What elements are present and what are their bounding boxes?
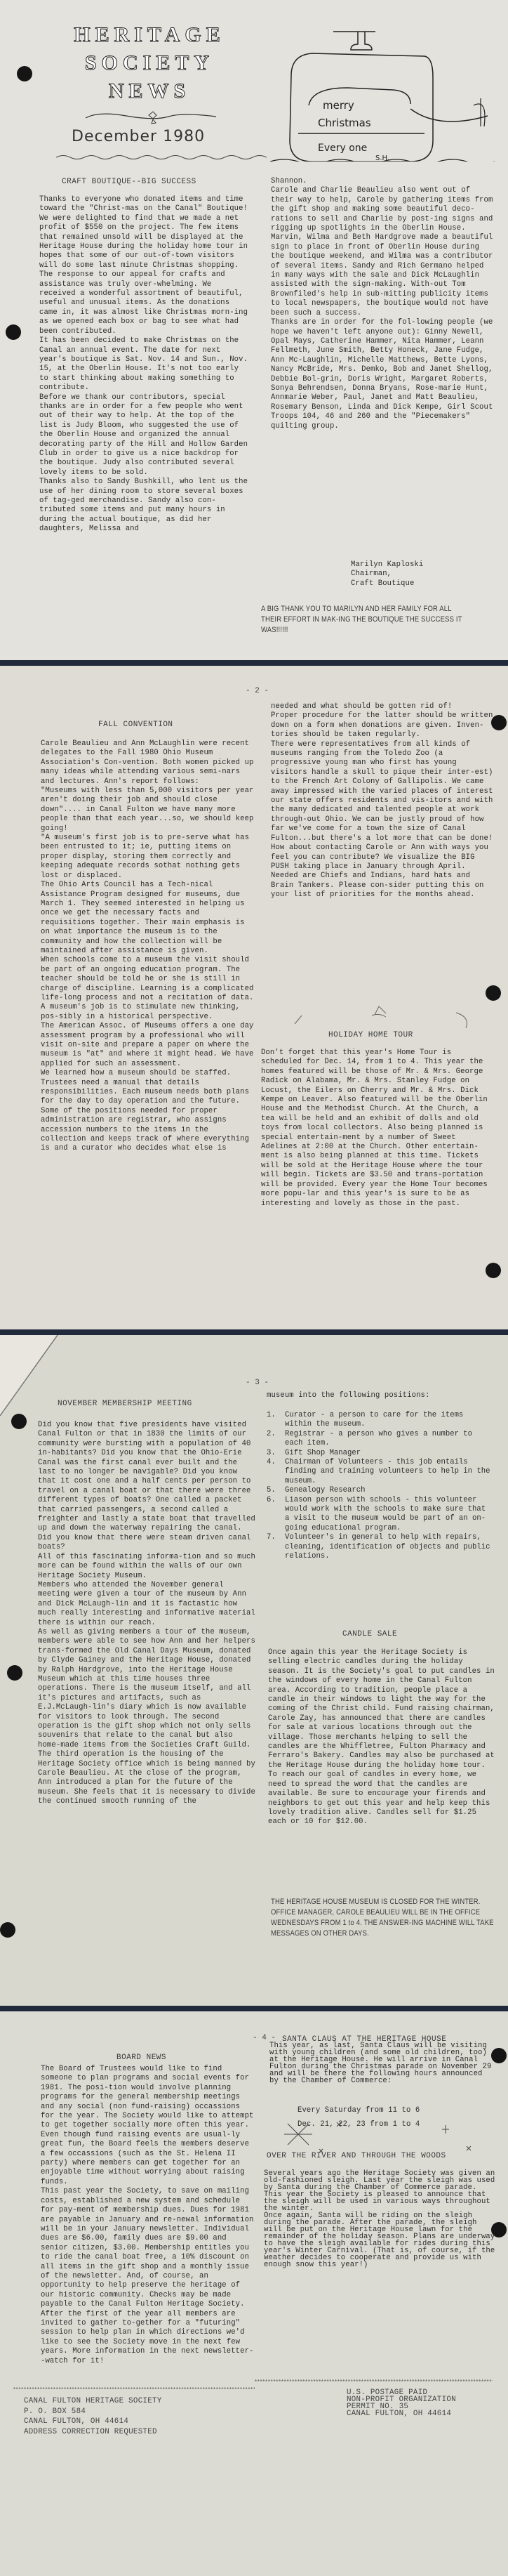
punch-hole [0, 1922, 15, 1938]
folded-corner-icon [0, 1335, 63, 1419]
page-number: - 3 - [246, 1379, 269, 1387]
position-item: 6.Liason person with schools - this volu… [267, 1496, 491, 1534]
page-number: - 2 - [246, 687, 269, 695]
board-news-heading: BOARD NEWS [116, 2053, 166, 2062]
punch-hole [6, 324, 21, 340]
divider-stars-left: ****************************************… [13, 2387, 255, 2393]
home-tour-text: Don't forget that this year's Home Tour … [261, 1049, 493, 1209]
postage-indicia: U.S. POSTAGE PAID NON-PROFIT ORGANIZATIO… [347, 2389, 501, 2417]
position-item: 4.Chairman of Volunteers - this job enta… [267, 1458, 491, 1486]
punch-hole [486, 985, 501, 1001]
position-item: 2.Registrar - a person who gives a numbe… [267, 1430, 491, 1449]
boutique-left-column: Thanks to everyone who donated items and… [39, 195, 250, 534]
museum-closed-notice: THE HERITAGE HOUSE MUSEUM IS CLOSED FOR … [271, 1897, 494, 1939]
issue-date: December 1980 [72, 128, 205, 145]
illustration-text-merry: merry [323, 99, 354, 112]
page-separator [0, 1329, 508, 1335]
masthead-title: HERITAGE SOCIETY NEWS [62, 21, 237, 105]
santa-text: This year, as last, Santa Claus will be … [269, 2042, 495, 2084]
holly-flourish-icon [84, 111, 218, 125]
position-item: 5.Genealogy Research [267, 1486, 491, 1495]
thank-you-notice: A BIG THANK YOU TO MARILYN AND HER FAMIL… [261, 604, 472, 636]
holly-sprig-doodle-icon [274, 1003, 484, 1031]
boutique-heading: CRAFT BOUTIQUE--BIG SUCCESS [62, 178, 196, 186]
meeting-heading: NOVEMBER MEMBERSHIP MEETING [58, 1400, 192, 1408]
board-news-text: The Board of Trustees would like to find… [41, 2065, 255, 2366]
positions-intro: museum into the following positions: [267, 1391, 498, 1400]
convention-left-column: Carole Beaulieu and Ann McLaughlin were … [41, 740, 255, 1154]
masthead-line-news: NEWS [62, 77, 237, 105]
illustration-text-christmas: Christmas [318, 117, 371, 129]
newsletter-page-3: - 3 - NOVEMBER MEMBERSHIP MEETING Did yo… [0, 1335, 508, 2006]
wavy-underline-icon [56, 153, 267, 163]
convention-heading: FALL CONVENTION [98, 721, 173, 729]
candle-sale-text: Once again this year the Heritage Societ… [268, 1648, 498, 1827]
punch-hole [7, 1665, 22, 1681]
newsletter-page-2: - 2 - FALL CONVENTION Carole Beaulieu an… [0, 666, 508, 1329]
masthead-line-society: SOCIETY [62, 49, 237, 77]
punch-hole [486, 1263, 501, 1278]
meeting-left-column: Did you know that five presidents have v… [38, 1421, 255, 1807]
illustration-initials: S.H. [375, 155, 389, 162]
divider-stars-right: ****************************************… [254, 2379, 493, 2386]
page-separator [0, 660, 508, 666]
page-separator [0, 2006, 508, 2011]
punch-hole [17, 66, 32, 81]
home-tour-heading: HOLIDAY HOME TOUR [328, 1031, 413, 1039]
position-item: 1.Curator - a person to care for the ite… [267, 1411, 491, 1430]
masthead-line-heritage: HERITAGE [62, 21, 237, 49]
illustration-text-everyone: Every one [318, 143, 367, 154]
sleigh-text: Several years ago the Heritage Society w… [264, 2170, 495, 2268]
candle-sale-heading: CANDLE SALE [342, 1630, 397, 1638]
santa-hours-saturday: Every Saturday from 11 to 6 [298, 2107, 480, 2114]
positions-list: 1.Curator - a person to care for the ite… [267, 1411, 491, 1562]
boutique-signature: Marilyn Kaploski Chairman, Craft Boutiqu… [351, 560, 491, 589]
convention-right-column: needed and what should be gotten rid of!… [271, 702, 495, 900]
position-item: 3.Gift Shop Manager [267, 1449, 491, 1458]
boutique-right-column: Shannon. Carole and Charlie Beaulieu als… [271, 177, 495, 431]
position-item: 7.Volunteer's in general to help with re… [267, 1533, 491, 1561]
newsletter-page-1: HERITAGE SOCIETY NEWS December 1980 merr… [0, 0, 508, 660]
sleigh-heading: OVER THE RIVER AND THROUGH THE WOODS [267, 2152, 446, 2160]
newsletter-page-4: - 4 - BOARD NEWS The Board of Trustees w… [0, 2011, 508, 2576]
return-address: CANAL FULTON HERITAGE SOCIETY P. O. BOX … [24, 2396, 248, 2437]
christmas-kettle-illustration-icon: merry Christmas Every one S.H. [270, 21, 495, 162]
